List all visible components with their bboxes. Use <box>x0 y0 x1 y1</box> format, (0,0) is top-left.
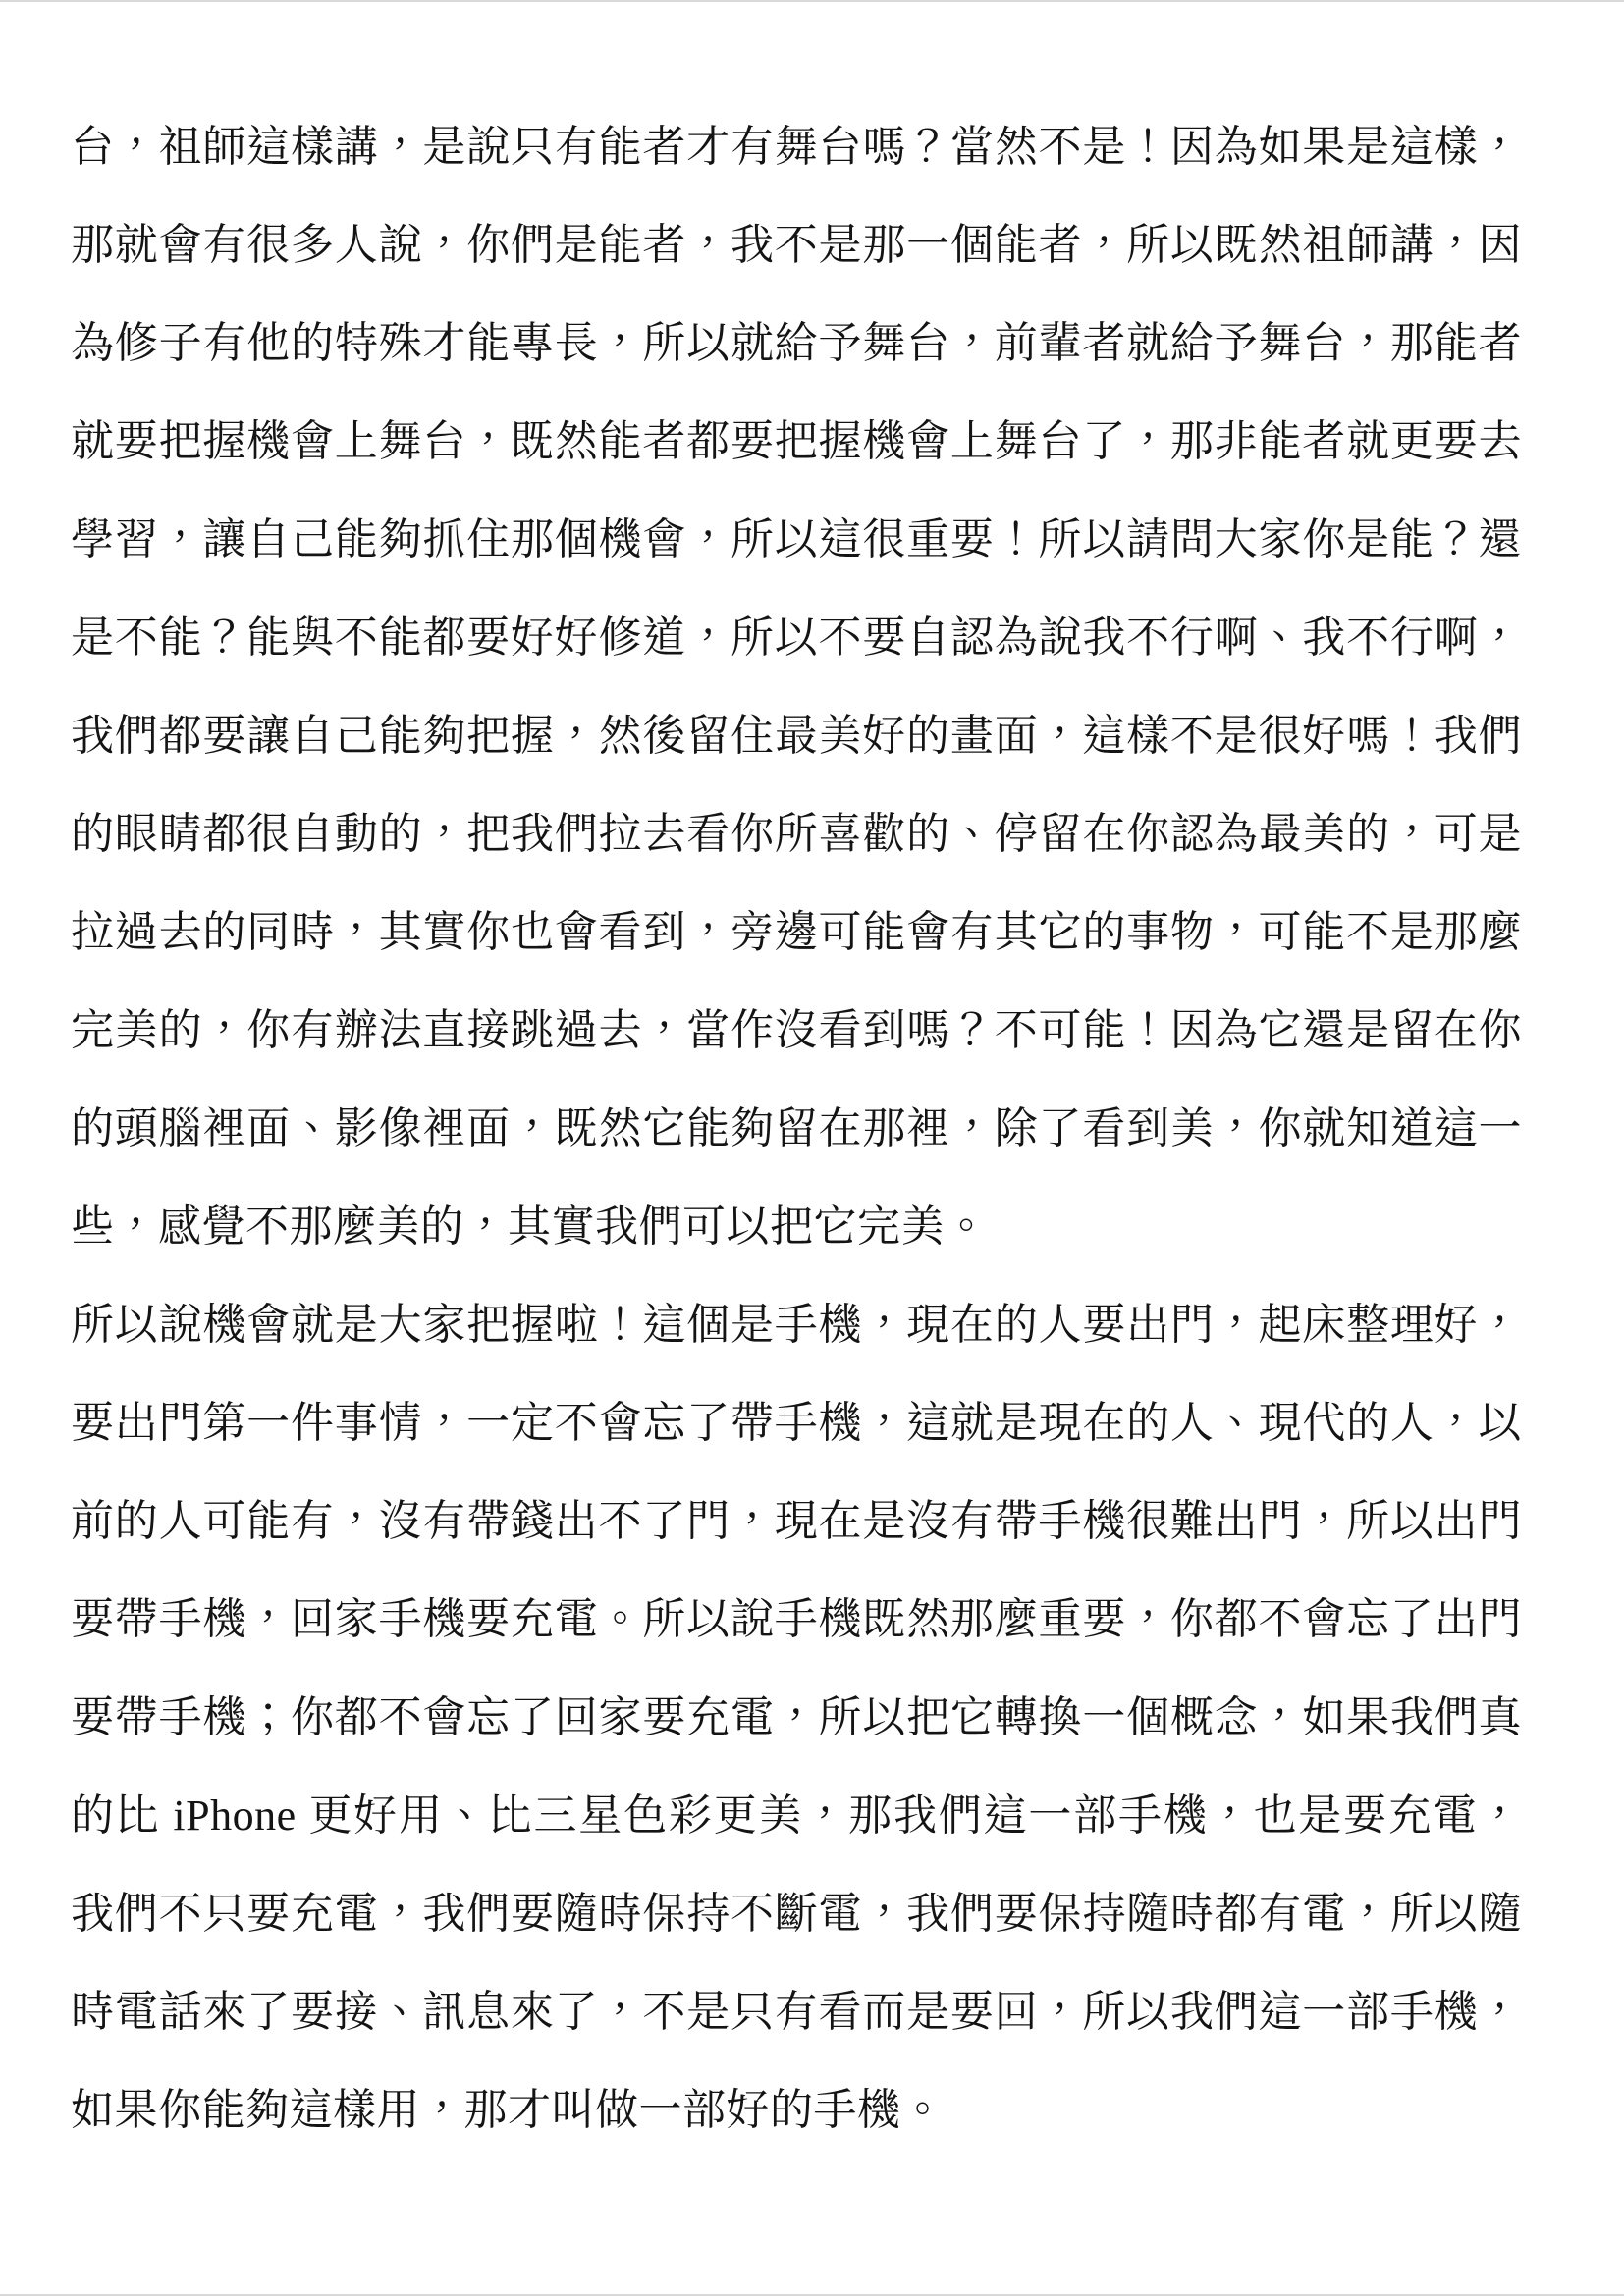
text-line: 要出門第一件事情，一定不會忘了帶手機，這就是現在的人、現代的人，以 <box>71 1374 1522 1472</box>
text-line: 的頭腦裡面、影像裡面，既然它能夠留在那裡，除了看到美，你就知道這一 <box>71 1080 1522 1178</box>
text-line: 要帶手機，回家手機要充電。所以說手機既然那麼重要，你都不會忘了出門 <box>71 1571 1522 1669</box>
text-line: 完美的，你有辦法直接跳過去，當作沒看到嗎？不可能！因為它還是留在你 <box>71 982 1522 1080</box>
text-line: 的眼睛都很自動的，把我們拉去看你所喜歡的、停留在你認為最美的，可是 <box>71 785 1522 883</box>
scan-edge-top <box>0 0 1624 2</box>
text-line: 要帶手機；你都不會忘了回家要充電，所以把它轉換一個概念，如果我們真 <box>71 1669 1522 1767</box>
document-text: 台，祖師這樣講，是說只有能者才有舞台嗎？當然不是！因為如果是這樣， 那就會有很多… <box>71 98 1522 2160</box>
text-line: 的比 iPhone 更好用、比三星色彩更美，那我們這一部手機，也是要充電， <box>71 1767 1522 1865</box>
text-line: 就要把握機會上舞台，既然能者都要把握機會上舞台了，那非能者就更要去 <box>71 393 1522 491</box>
text-line: 所以說機會就是大家把握啦！這個是手機，現在的人要出門，起床整理好， <box>71 1276 1522 1374</box>
text-line: 是不能？能與不能都要好好修道，所以不要自認為說我不行啊、我不行啊， <box>71 589 1522 687</box>
text-line: 我們都要讓自己能夠把握，然後留住最美好的畫面，這樣不是很好嗎！我們 <box>71 687 1522 785</box>
paragraph-1: 台，祖師這樣講，是說只有能者才有舞台嗎？當然不是！因為如果是這樣， 那就會有很多… <box>71 98 1522 1276</box>
text-line: 前的人可能有，沒有帶錢出不了門，現在是沒有帶手機很難出門，所以出門 <box>71 1472 1522 1571</box>
text-line: 為修子有他的特殊才能專長，所以就給予舞台，前輩者就給予舞台，那能者 <box>71 294 1522 393</box>
text-line: 拉過去的同時，其實你也會看到，旁邊可能會有其它的事物，可能不是那麼 <box>71 883 1522 982</box>
text-line: 台，祖師這樣講，是說只有能者才有舞台嗎？當然不是！因為如果是這樣， <box>71 98 1522 196</box>
document-page: 台，祖師這樣講，是說只有能者才有舞台嗎？當然不是！因為如果是這樣， 那就會有很多… <box>0 0 1624 2296</box>
text-line: 時電話來了要接、訊息來了，不是只有看而是要回，所以我們這一部手機， <box>71 1963 1522 2061</box>
paragraph-2: 所以說機會就是大家把握啦！這個是手機，現在的人要出門，起床整理好， 要出門第一件… <box>71 1276 1522 2160</box>
text-line: 學習，讓自己能夠抓住那個機會，所以這很重要！所以請問大家你是能？還 <box>71 491 1522 589</box>
text-line: 如果你能夠這樣用，那才叫做一部好的手機。 <box>71 2061 1522 2160</box>
text-line: 些，感覺不那麼美的，其實我們可以把它完美。 <box>71 1178 1522 1276</box>
text-line: 那就會有很多人說，你們是能者，我不是那一個能者，所以既然祖師講，因 <box>71 196 1522 294</box>
text-line: 我們不只要充電，我們要隨時保持不斷電，我們要保持隨時都有電，所以隨 <box>71 1865 1522 1963</box>
